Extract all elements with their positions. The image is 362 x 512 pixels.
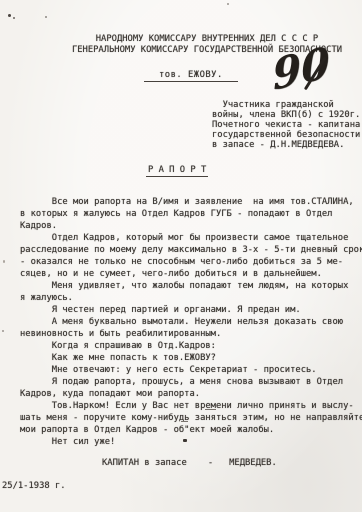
body-line: Отдел Кадров, который мог бы произвести …	[20, 232, 362, 244]
ink-speck	[8, 14, 11, 17]
body-line: Все мои рапорта на В/имя и заявление на …	[20, 196, 362, 208]
correction-overline	[181, 421, 188, 422]
document-title: Р А П О Р Т	[146, 165, 208, 177]
ink-speck	[183, 439, 187, 442]
ink-speck	[227, 3, 229, 5]
body-line: Мне отвечают: у него есть Секретариат - …	[20, 364, 362, 376]
body-line: Я подаю рапорта, прошусь, а меня снова в…	[20, 376, 362, 388]
document-page: НАРОДНОМУ КОМИССАРУ ВНУТРЕННИХ ДЕЛ С С С…	[0, 0, 362, 512]
body-line: сяцев, но и не сумеет, чего-либо добитьс…	[20, 268, 362, 280]
body-line: Когда я спрашиваю в Отд.Кадров:	[20, 340, 362, 352]
sender-line: в запасе - Д.Н.МЕДВЕДЕВА.	[212, 140, 360, 150]
addressee-line: тов. ЕЖОВУ.	[144, 70, 238, 82]
body-line: я жалуюсь.	[20, 292, 362, 304]
date-line: 25/1-1938 г.	[2, 481, 66, 491]
sender-line: государственной безопасности	[212, 130, 360, 140]
body-line: А меня буквально вымотали. Неужели нельз…	[20, 316, 362, 328]
body-line: Кадров, куда попадают мои рапорта.	[20, 388, 362, 400]
sender-block: Участника гражданской войны, члена ВКП(б…	[212, 100, 360, 150]
sender-line: войны, члена ВКП(б) с 1920г.	[212, 110, 360, 120]
body-line: Как же мне попасть к тов.ЕЖОВУ?	[20, 352, 362, 364]
body-line: Нет сил уже!	[20, 436, 362, 448]
body-line: мои рапорта в Отдел Кадров - об"ект моей…	[20, 424, 362, 436]
body-line: шать меня - поручите кому-нибудь занятьс…	[20, 412, 362, 424]
signature-line: КАПИТАН в запасе - МЕДВЕДЕВ.	[102, 458, 277, 468]
ink-speck	[13, 17, 15, 19]
body-line: невиновность и быть реабилитированным.	[20, 328, 362, 340]
handwritten-number: 90	[272, 41, 331, 97]
body-line: в которых я жалуюсь на Отдел Кадров ГУГБ…	[20, 208, 362, 220]
paper-speck	[2, 330, 4, 332]
body-line: Тов.Нарком! Если у Вас нет времени лично…	[20, 400, 362, 412]
ink-speck	[45, 16, 47, 18]
paper-speck	[3, 260, 5, 263]
sender-line: Почетного чекиста - капитана	[212, 120, 360, 130]
sender-line: Участника гражданской	[212, 100, 360, 110]
body-line: Кадров.	[20, 220, 362, 232]
body-line: Я честен перед партией и органами. Я пре…	[20, 304, 362, 316]
document-body: Все мои рапорта на В/имя и заявление на …	[20, 196, 362, 448]
correction-overline	[205, 409, 216, 410]
body-line: - оказался не только не способным чего-л…	[20, 256, 362, 268]
body-line: Меня удивляет, что жалобы попадают тем л…	[20, 280, 362, 292]
body-line: расследование по моему делу максимально …	[20, 244, 362, 256]
